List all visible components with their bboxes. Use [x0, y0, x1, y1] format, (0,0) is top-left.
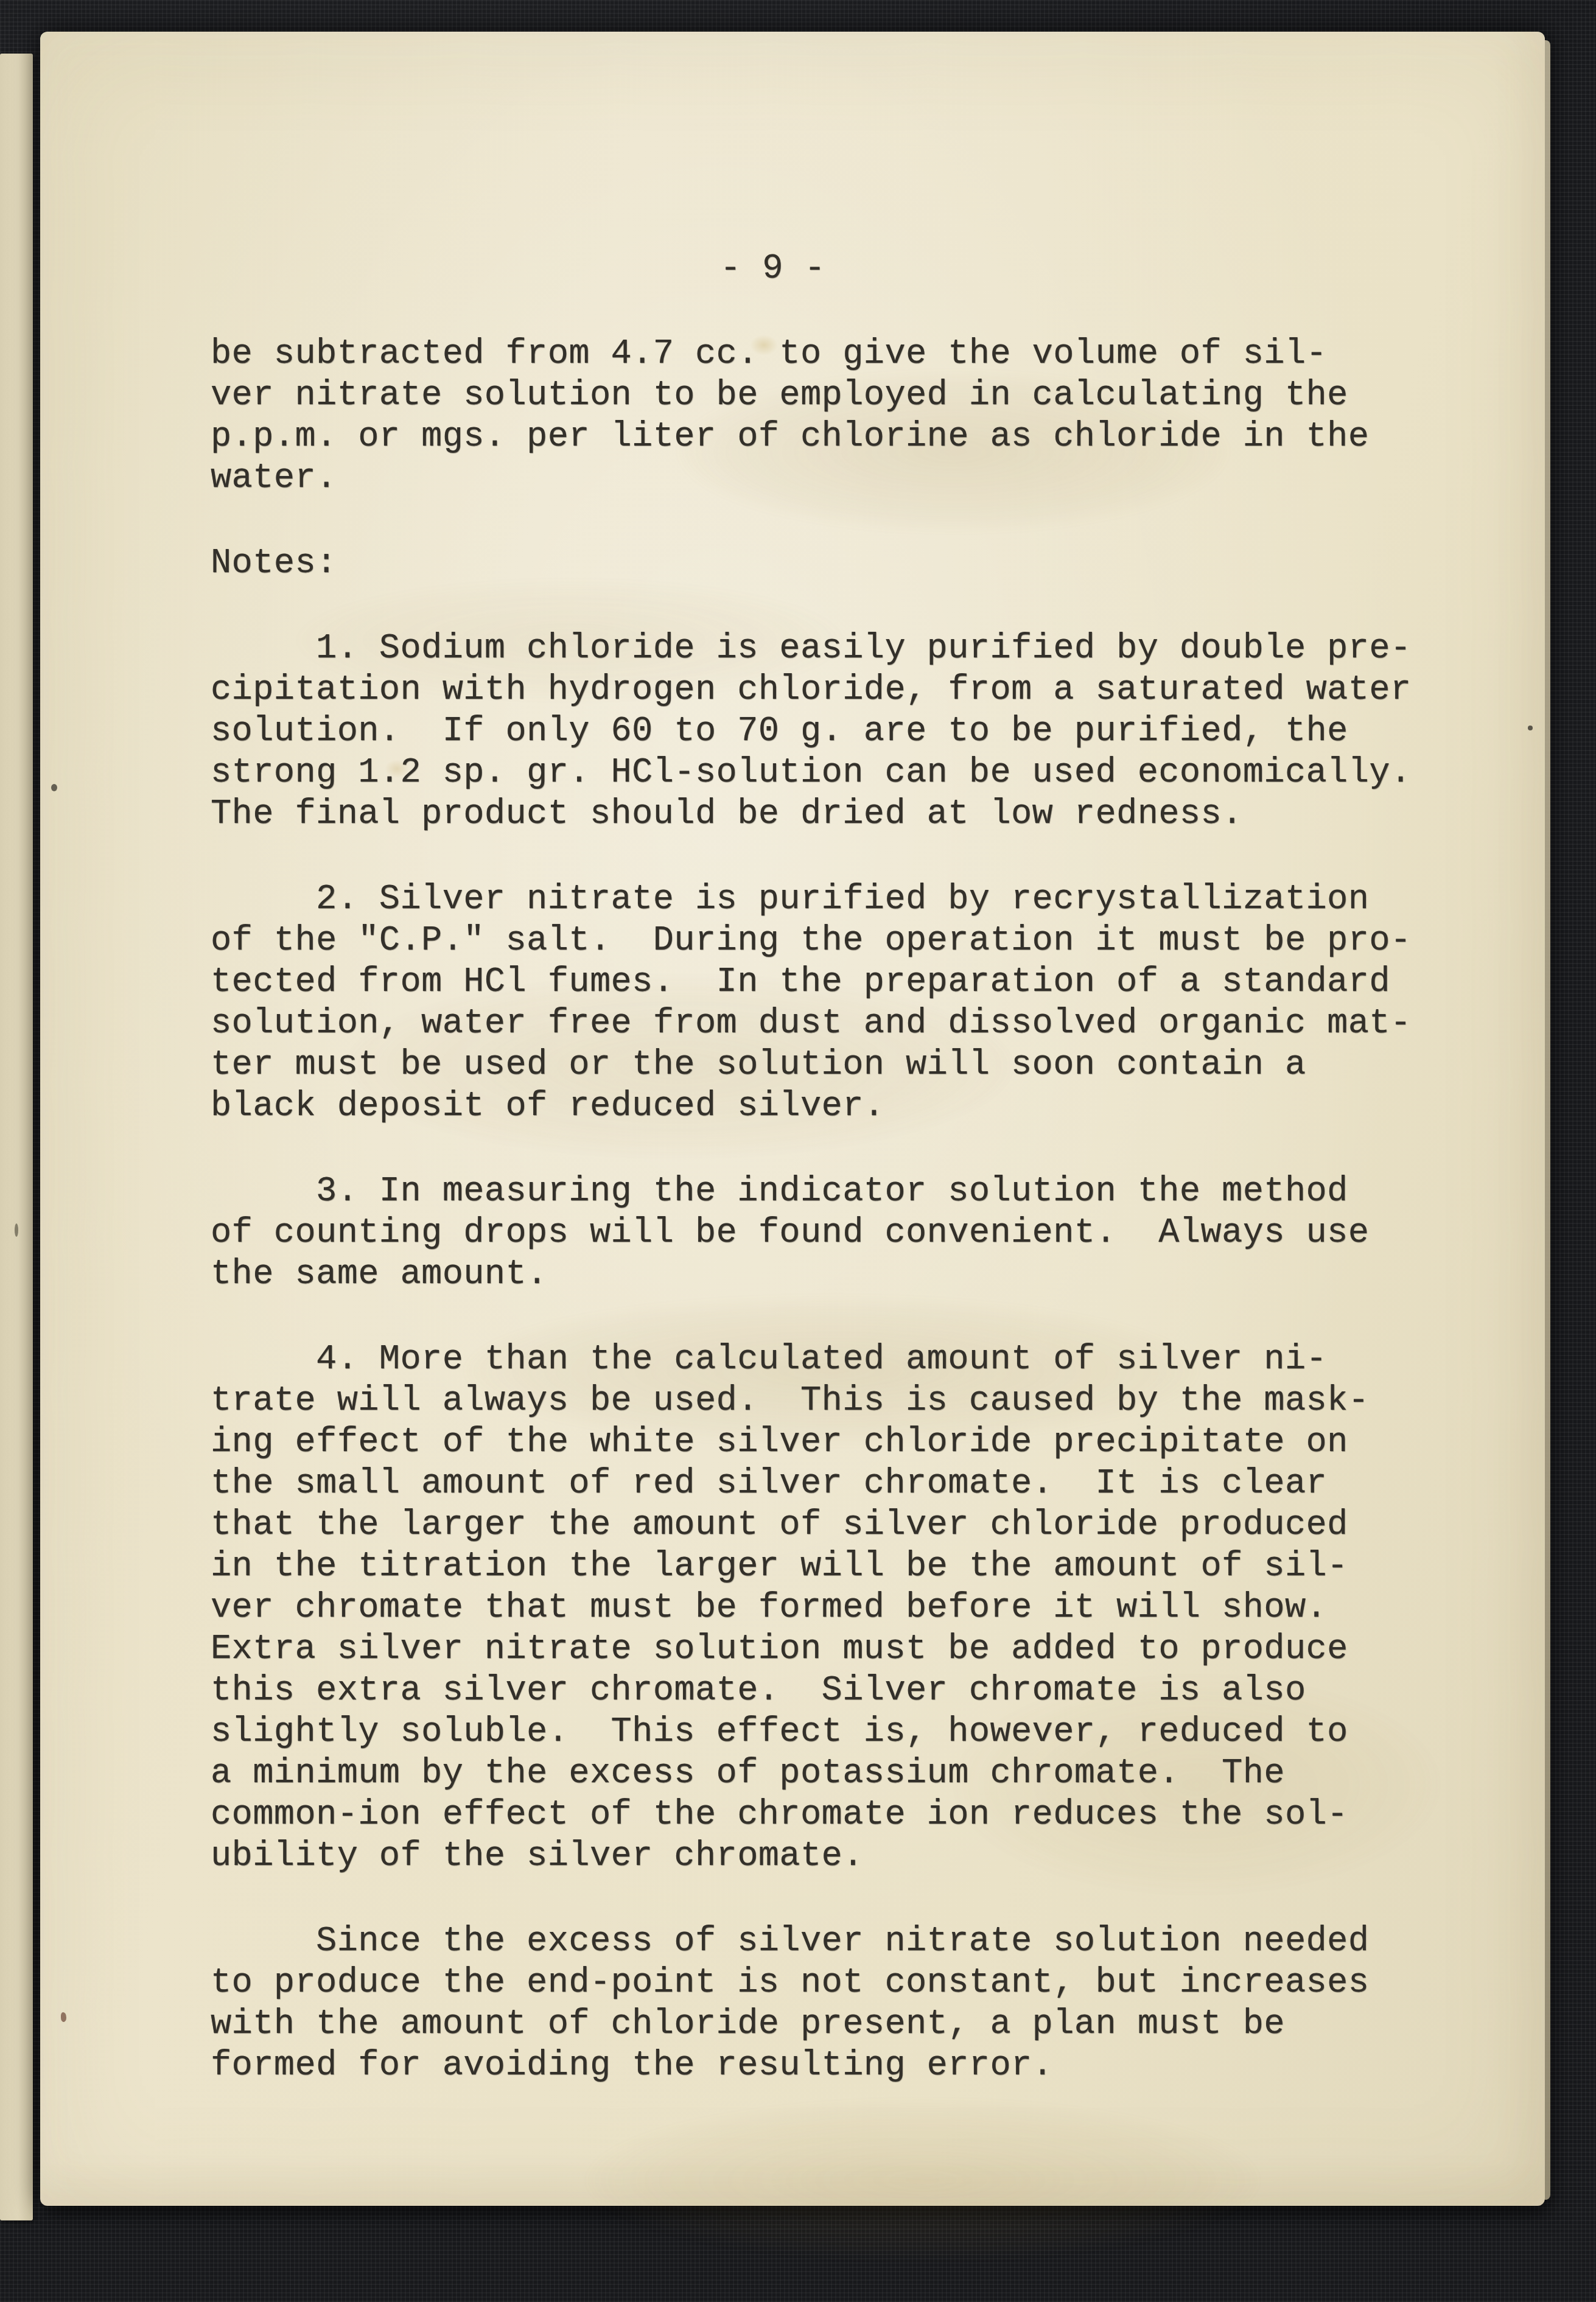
text-line: that the larger the amount of silver chl…: [211, 1505, 1412, 1546]
paragraph-note-3: 3. In measuring the indicator solution t…: [211, 1171, 1412, 1295]
text-line: the same amount.: [211, 1254, 1412, 1295]
text-line: of counting drops will be found convenie…: [211, 1212, 1412, 1254]
paragraph-notes-heading: Notes:: [211, 543, 1412, 584]
text-line: tected from HCl fumes. In the preparatio…: [211, 962, 1412, 1003]
text-line: 3. In measuring the indicator solution t…: [211, 1171, 1412, 1212]
text-line: of the "C.P." salt. During the operation…: [211, 920, 1412, 962]
text-line: be subtracted from 4.7 cc. to give the v…: [211, 334, 1412, 375]
text-line: ing effect of the white silver chloride …: [211, 1422, 1412, 1463]
binding-thread-mark: [61, 2012, 66, 2022]
paper-stain: [385, 760, 409, 778]
paragraph-intro: be subtracted from 4.7 cc. to give the v…: [211, 334, 1412, 499]
text-line: solution, water free from dust and disso…: [211, 1003, 1412, 1044]
body-paragraphs: be subtracted from 4.7 cc. to give the v…: [211, 334, 1412, 2087]
text-line: ver chromate that must be formed before …: [211, 1587, 1412, 1629]
text-line: common-ion effect of the chromate ion re…: [211, 1794, 1412, 1836]
document-page: - 9 - be subtracted from 4.7 cc. to give…: [40, 32, 1545, 2206]
text-line: ubility of the silver chromate.: [211, 1836, 1412, 1877]
binding-mark: [15, 1223, 18, 1237]
text-line: Notes:: [211, 543, 1412, 584]
text-line: ver nitrate solution to be employed in c…: [211, 375, 1412, 416]
text-line: formed for avoiding the resulting error.: [211, 2045, 1412, 2087]
paper-speck: [1528, 726, 1533, 730]
text-line: 2. Silver nitrate is purified by recryst…: [211, 879, 1412, 920]
paper-edge: [1545, 40, 1550, 2200]
paper-stain: [750, 335, 778, 355]
text-line: to produce the end-point is not constant…: [211, 1962, 1412, 2004]
binding-stitch-mark: [51, 784, 57, 791]
text-line: water.: [211, 458, 1412, 499]
text-line: slightly soluble. This effect is, howeve…: [211, 1712, 1412, 1753]
paragraph-note-1: 1. Sodium chloride is easily purified by…: [211, 628, 1412, 835]
text-line: the small amount of red silver chromate.…: [211, 1463, 1412, 1505]
paragraph-closing: Since the excess of silver nitrate solut…: [211, 1921, 1412, 2087]
text-line: solution. If only 60 to 70 g. are to be …: [211, 711, 1412, 752]
page-number: - 9 -: [211, 248, 1335, 290]
text-line: p.p.m. or mgs. per liter of chlorine as …: [211, 416, 1412, 458]
text-line: Extra silver nitrate solution must be ad…: [211, 1629, 1412, 1670]
text-line: in the titration the larger will be the …: [211, 1546, 1412, 1587]
text-line: trate will always be used. This is cause…: [211, 1380, 1412, 1422]
text-line: a minimum by the excess of potassium chr…: [211, 1753, 1412, 1794]
text-line: black deposit of reduced silver.: [211, 1086, 1412, 1127]
paragraph-note-4: 4. More than the calculated amount of si…: [211, 1339, 1412, 1877]
text-line: 4. More than the calculated amount of si…: [211, 1339, 1412, 1380]
text-line: with the amount of chloride present, a p…: [211, 2004, 1412, 2045]
underlying-page-edge: [0, 54, 33, 2220]
paragraph-note-2: 2. Silver nitrate is purified by recryst…: [211, 879, 1412, 1127]
text-line: this extra silver chromate. Silver chrom…: [211, 1670, 1412, 1712]
text-line: ter must be used or the solution will so…: [211, 1044, 1412, 1086]
text-line: Since the excess of silver nitrate solut…: [211, 1921, 1412, 1962]
book-scan-scene: - 9 - be subtracted from 4.7 cc. to give…: [0, 0, 1596, 2302]
text-line: The final product should be dried at low…: [211, 794, 1412, 835]
typewritten-text: - 9 - be subtracted from 4.7 cc. to give…: [211, 248, 1412, 2130]
text-line: cipitation with hydrogen chloride, from …: [211, 670, 1412, 711]
text-line: 1. Sodium chloride is easily purified by…: [211, 628, 1412, 670]
